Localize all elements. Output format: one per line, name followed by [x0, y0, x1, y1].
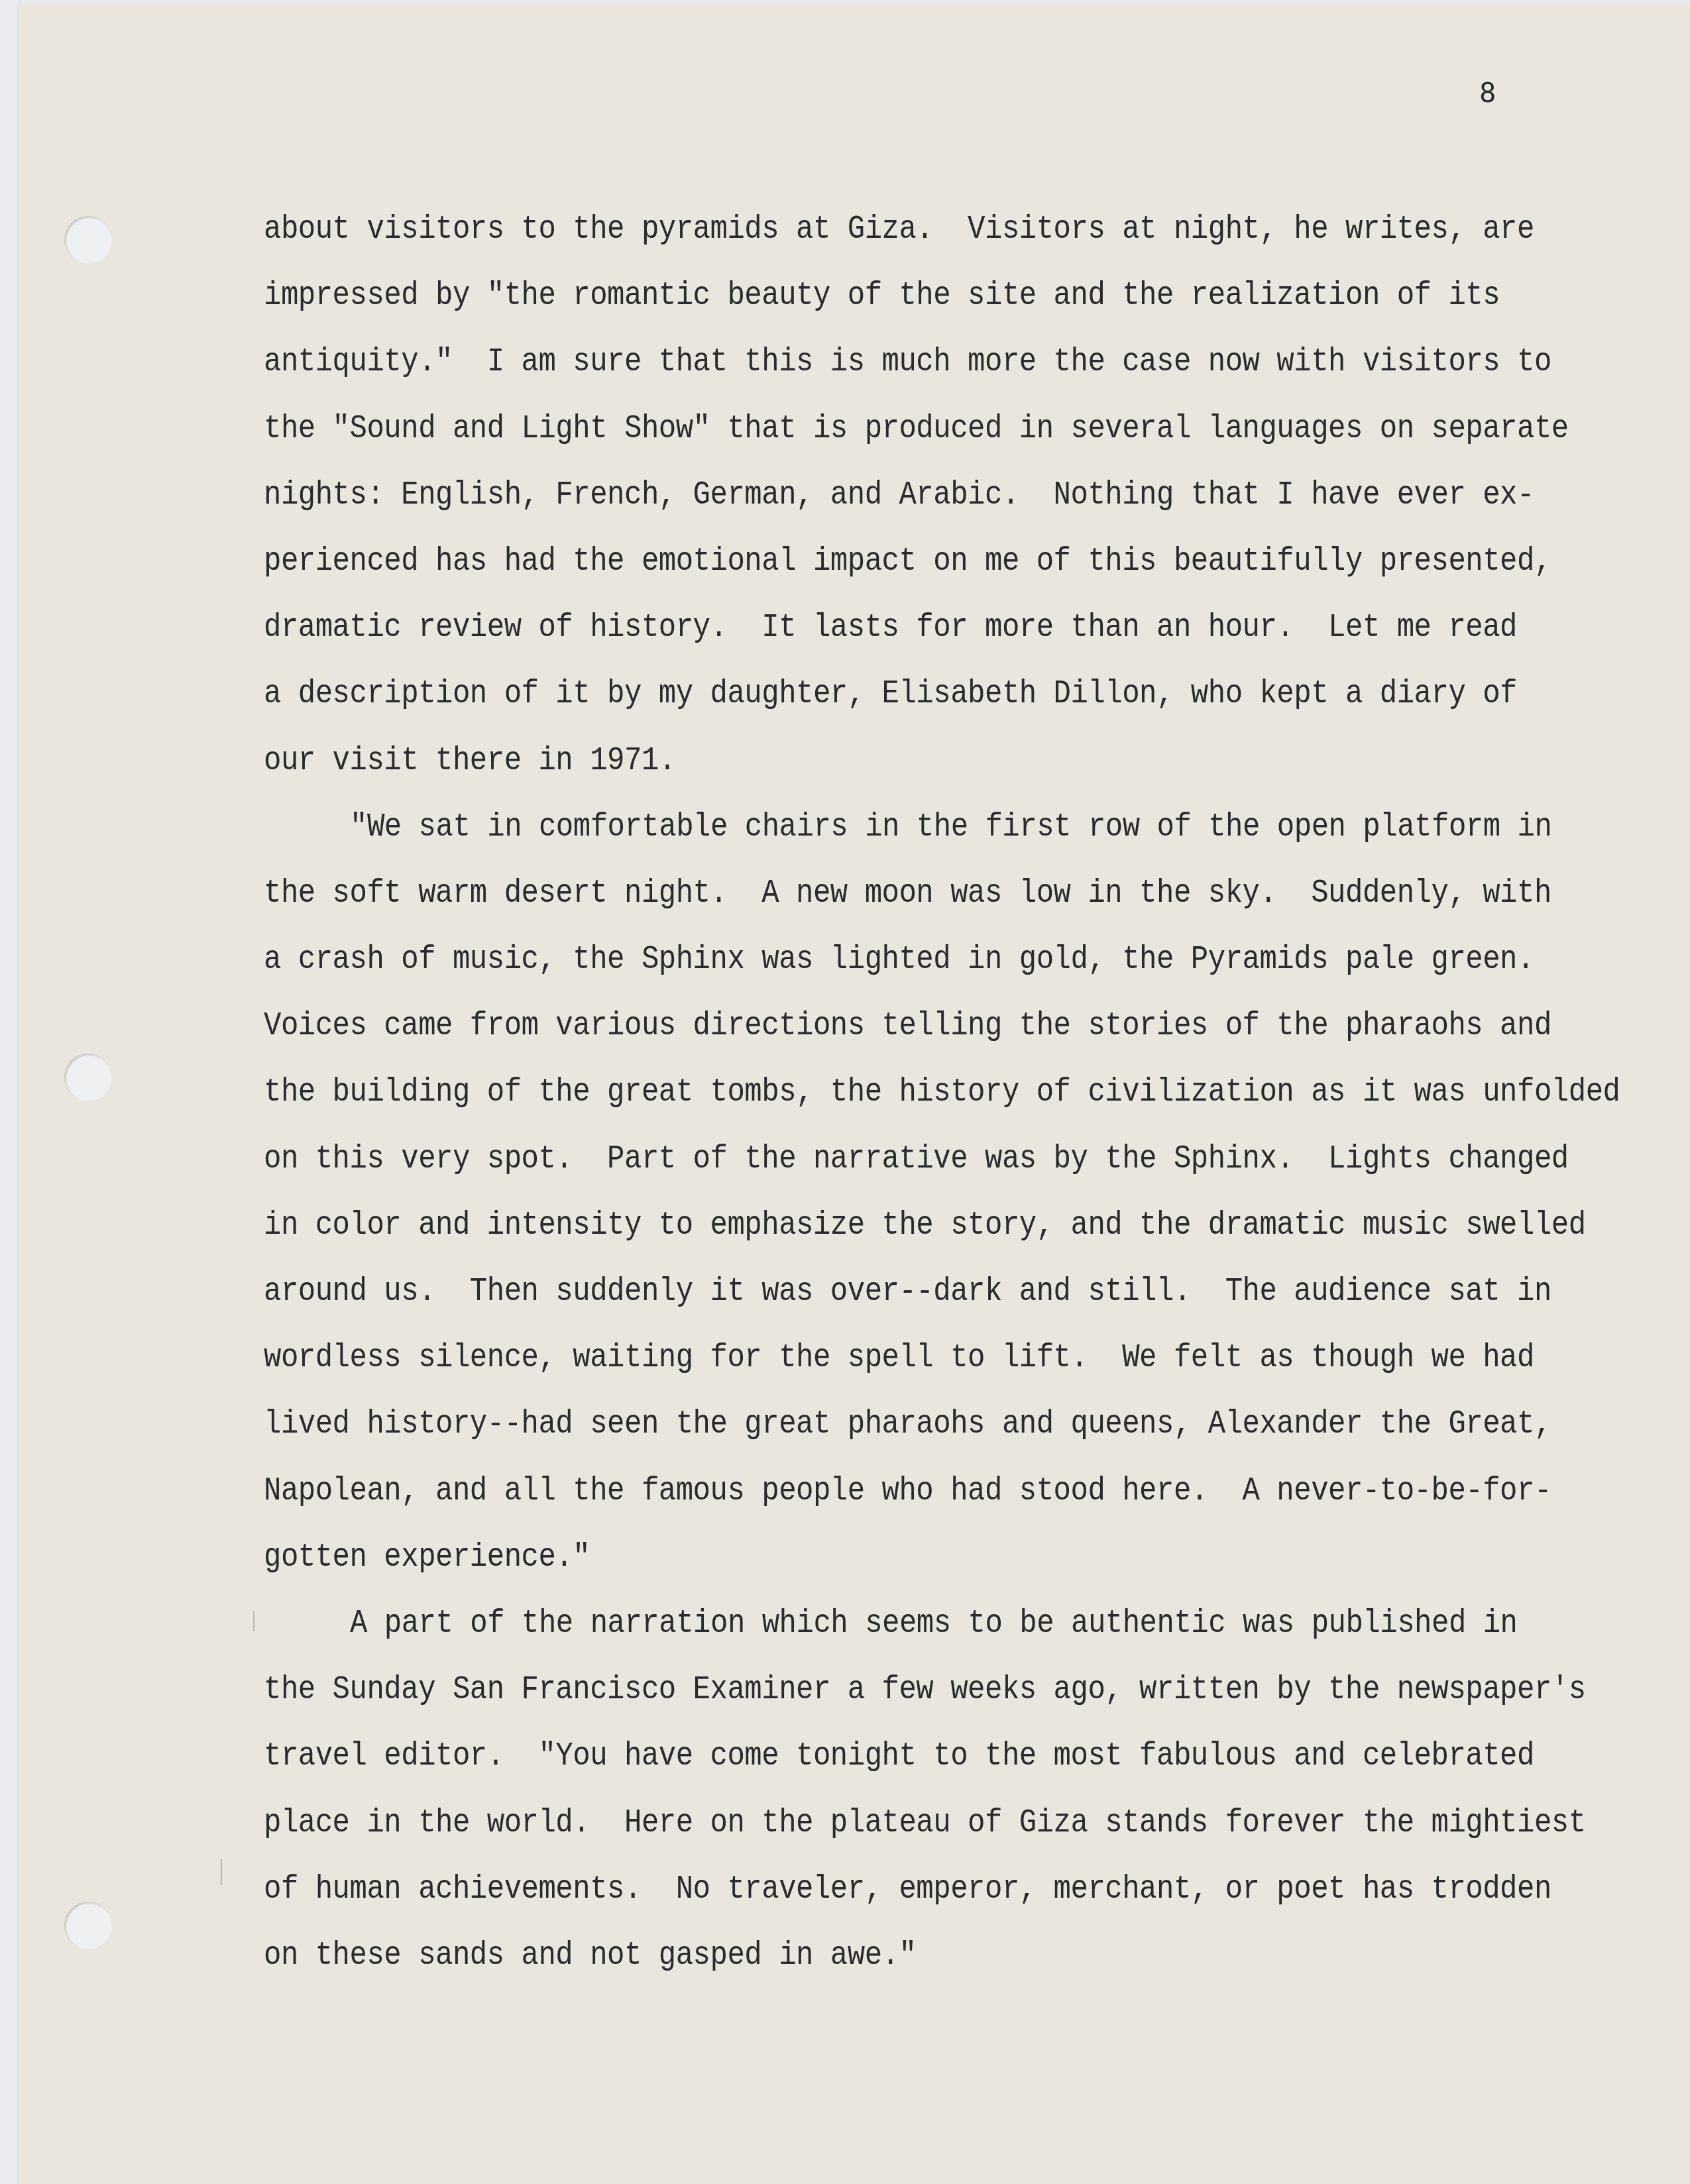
punch-hole-bottom: [64, 1902, 112, 1949]
text-line: a description of it by my daughter, Elis…: [264, 671, 1576, 747]
text-line: place in the world. Here on the plateau …: [264, 1800, 1576, 1877]
punch-hole-top: [64, 216, 112, 264]
paragraph-1: about visitors to the pyramids at Giza. …: [264, 207, 1576, 804]
text-line: the "Sound and Light Show" that is produ…: [264, 406, 1576, 482]
text-line: Napolean, and all the famous people who …: [264, 1468, 1576, 1545]
text-line: antiquity." I am sure that this is much …: [264, 339, 1576, 415]
margin-mark: [253, 1611, 254, 1631]
document-body: about visitors to the pyramids at Giza. …: [264, 207, 1576, 1999]
text-line: a crash of music, the Sphinx was lighted…: [264, 937, 1576, 1013]
page-number: 8: [1479, 78, 1496, 109]
text-line: lived history--had seen the great pharao…: [264, 1401, 1576, 1478]
text-line: about visitors to the pyramids at Giza. …: [264, 207, 1576, 283]
text-line: the Sunday San Francisco Examiner a few …: [264, 1667, 1576, 1743]
text-line: the soft warm desert night. A new moon w…: [264, 871, 1576, 947]
text-line: wordless silence, waiting for the spell …: [264, 1335, 1576, 1411]
text-line: around us. Then suddenly it was over--da…: [264, 1269, 1576, 1345]
text-line: in color and intensity to emphasize the …: [264, 1203, 1576, 1279]
text-line: travel editor. "You have come tonight to…: [264, 1733, 1576, 1810]
paragraph-2-diary-quote: "We sat in comfortable chairs in the fir…: [264, 804, 1576, 1601]
text-line: dramatic review of history. It lasts for…: [264, 605, 1576, 681]
punch-hole-middle: [64, 1054, 112, 1101]
text-line: gotten experience.": [264, 1535, 1576, 1611]
text-line: A part of the narration which seems to b…: [264, 1601, 1576, 1677]
text-line: impressed by "the romantic beauty of the…: [264, 273, 1576, 349]
text-line: "We sat in comfortable chairs in the fir…: [264, 804, 1576, 881]
paragraph-3: A part of the narration which seems to b…: [264, 1601, 1576, 1999]
text-line: Voices came from various directions tell…: [264, 1003, 1576, 1079]
text-line: on these sands and not gasped in awe.": [264, 1933, 1576, 2009]
text-line: on this very spot. Part of the narrative…: [264, 1136, 1576, 1213]
margin-mark: [221, 1859, 222, 1885]
text-line: of human achievements. No traveler, empe…: [264, 1867, 1576, 1943]
text-line: the building of the great tombs, the his…: [264, 1069, 1576, 1146]
text-line: perienced has had the emotional impact o…: [264, 539, 1576, 615]
text-line: nights: English, French, German, and Ara…: [264, 472, 1576, 549]
text-line: our visit there in 1971.: [264, 738, 1576, 814]
